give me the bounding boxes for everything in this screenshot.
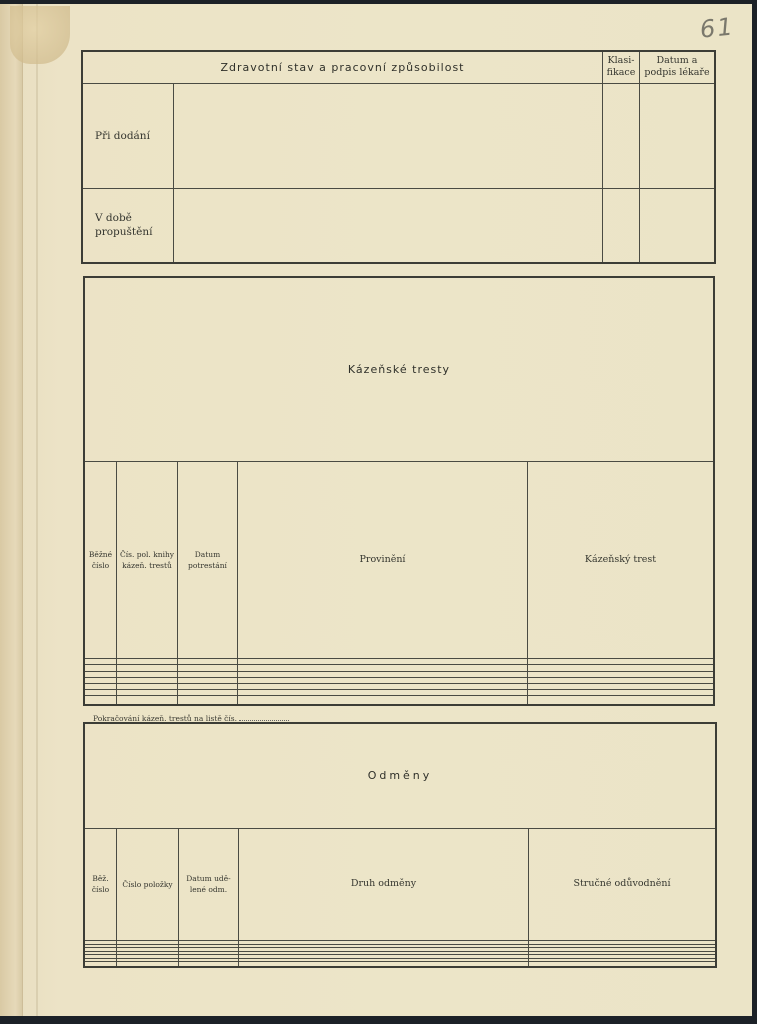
date-signature-release-cell[interactable]: [640, 188, 716, 263]
col-classification-l2: fikace: [607, 67, 636, 78]
col-running-number-l1: Běžné: [89, 550, 112, 559]
col-justification: Stručné odůvodnění: [529, 828, 717, 940]
col-book-item-number-l2: kázeň. trestů: [122, 561, 172, 570]
col-punishment-date-l1: Datum: [195, 550, 220, 559]
col-running-number: Běžné číslo: [84, 462, 117, 659]
rewards-header-row: Běž. číslo Číslo položky Datum udě- lené…: [84, 828, 716, 940]
col-reward-running-number-l1: Běž.: [92, 874, 108, 883]
col-reward-date-l2: lené odm.: [190, 885, 227, 894]
reward-cell[interactable]: [529, 962, 717, 967]
disciplinary-cell[interactable]: [117, 696, 178, 705]
disciplinary-title: Kázeňské tresty: [84, 277, 714, 462]
health-table: Zdravotní stav a pracovní způsobilost Kl…: [81, 50, 716, 264]
row-label-delivery: Při dodání: [82, 83, 174, 188]
col-book-item-number-l1: Čís. pol. knihy: [120, 550, 174, 559]
col-reward-date-l1: Datum udě-: [186, 874, 230, 883]
page-binding-edge: [0, 4, 23, 1016]
classification-delivery-cell[interactable]: [603, 83, 640, 188]
health-release-cell[interactable]: [174, 188, 603, 263]
disciplinary-cell[interactable]: [528, 696, 715, 705]
reward-cell[interactable]: [117, 962, 179, 967]
reward-cell[interactable]: [179, 962, 239, 967]
col-reward-running-number: Běž. číslo: [84, 828, 117, 940]
disciplinary-cell[interactable]: [84, 696, 117, 705]
continuation-sheet-field[interactable]: [239, 720, 289, 721]
rewards-rows: [84, 941, 716, 967]
row-label-release-l2: propuštění: [95, 226, 153, 238]
form-page: 61 Zdravotní stav a pracovní způsobilost…: [0, 4, 752, 1016]
reward-cell[interactable]: [84, 962, 117, 967]
handwritten-page-number: 61: [699, 12, 736, 43]
disciplinary-header-row: Běžné číslo Čís. pol. knihy kázeň. trest…: [84, 462, 714, 659]
col-reward-running-number-l2: číslo: [92, 885, 109, 894]
col-date-signature-l1: Datum a: [657, 55, 698, 66]
health-row-release: V době propuštění: [82, 188, 715, 263]
torn-corner: [10, 6, 70, 64]
rewards-title: Odměny: [84, 723, 716, 828]
health-row-delivery: Při dodání: [82, 83, 715, 188]
disciplinary-table: Kázeňské tresty Běžné číslo Čís. pol. kn…: [83, 276, 715, 706]
col-punishment-date-l2: potrestání: [188, 561, 227, 570]
col-date-signature: Datum a podpis lékaře: [640, 51, 716, 83]
col-running-number-l2: číslo: [92, 561, 109, 570]
col-date-signature-l2: podpis lékaře: [644, 67, 709, 78]
col-reward-type: Druh odměny: [239, 828, 529, 940]
col-punishment-date: Datum potrestání: [178, 462, 238, 659]
col-punishment: Kázeňský trest: [528, 462, 715, 659]
col-item-number: Číslo položky: [117, 828, 179, 940]
col-classification: Klasi- fikace: [603, 51, 640, 83]
col-offense: Provinění: [238, 462, 528, 659]
row-label-release: V době propuštění: [82, 188, 174, 263]
disciplinary-row: [84, 696, 714, 705]
reward-row: [84, 962, 716, 967]
classification-release-cell[interactable]: [603, 188, 640, 263]
disciplinary-cell[interactable]: [238, 696, 528, 705]
rewards-table: Odměny Běž. číslo Číslo položky Datum ud…: [83, 722, 717, 968]
col-reward-date: Datum udě- lené odm.: [179, 828, 239, 940]
health-delivery-cell[interactable]: [174, 83, 603, 188]
col-book-item-number: Čís. pol. knihy kázeň. trestů: [117, 462, 178, 659]
health-title: Zdravotní stav a pracovní způsobilost: [82, 51, 603, 83]
reward-cell[interactable]: [239, 962, 529, 967]
disciplinary-cell[interactable]: [178, 696, 238, 705]
row-label-release-l1: V době: [95, 212, 132, 224]
col-classification-l1: Klasi-: [608, 55, 635, 66]
row-label-delivery-text: Při dodání: [95, 130, 150, 142]
page-fold: [36, 4, 38, 1016]
disciplinary-rows: [84, 659, 714, 705]
date-signature-delivery-cell[interactable]: [640, 83, 716, 188]
